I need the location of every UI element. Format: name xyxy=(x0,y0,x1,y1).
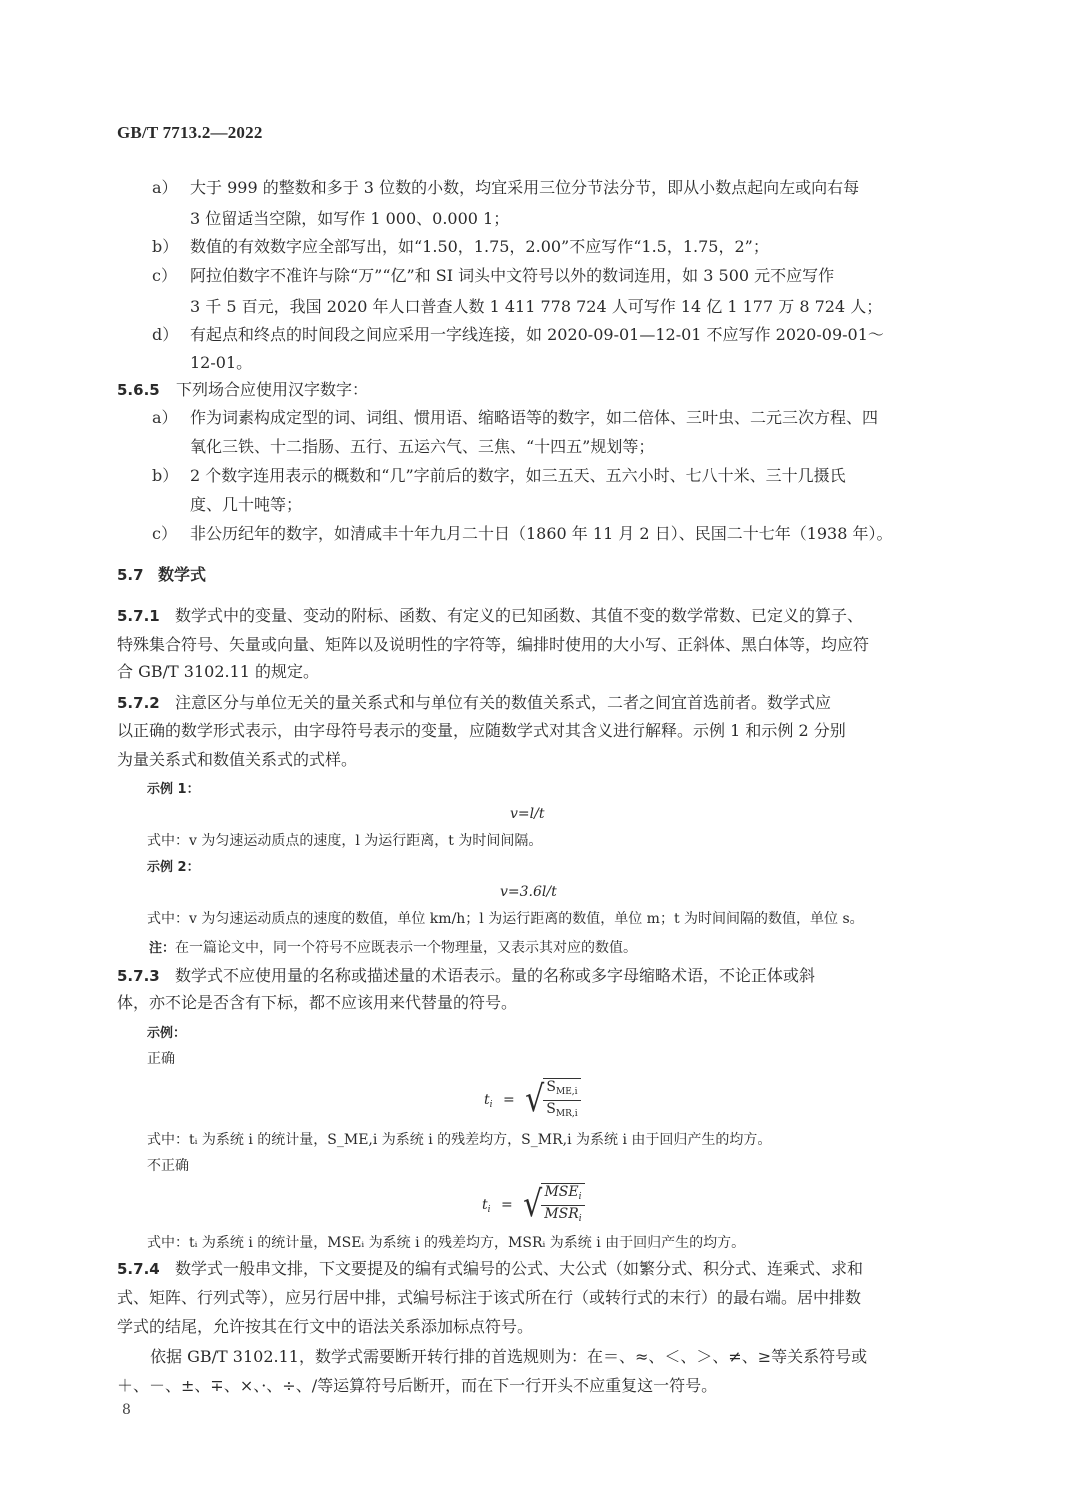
section-number: 5.7.3 xyxy=(117,966,160,986)
list-label: b） xyxy=(152,466,178,486)
document-code-header: GB/T 7713.2—2022 xyxy=(117,123,263,143)
section-number: 5.7.1 xyxy=(117,606,160,626)
example-label: 示例： xyxy=(147,1024,186,1044)
section-title: 下列场合应使用汉字数字： xyxy=(176,380,368,400)
denominator: S xyxy=(546,1101,556,1117)
formula-example-2: v=3.6l/t xyxy=(500,884,557,900)
note-label: 注： xyxy=(149,941,175,956)
list-item-text: 阿拉伯数字不准许与除“万”“亿”和 SI 词头中文符号以外的数词连用，如 3 5… xyxy=(190,266,834,286)
list-item-text: 作为词素构成定型的词、词组、惯用语、缩略语等的数字，如二倍体、三叶虫、二元三次方… xyxy=(190,408,878,428)
formula-correct: ti = √ SME,i SMR,i xyxy=(484,1078,581,1122)
section-number: 5.7.2 xyxy=(117,693,160,713)
paragraph-line: 数学式一般串文排，下文要提及的编有式编号的公式、大公式（如繁分式、积分式、连乘式… xyxy=(175,1259,863,1279)
paragraph-line: 合 GB/T 3102.11 的规定。 xyxy=(117,662,319,682)
paragraph-line: 学式的结尾，允许按其在行文中的语法关系添加标点符号。 xyxy=(117,1317,533,1337)
list-label: c） xyxy=(152,524,177,544)
list-item-text: 2 个数字连用表示的概数和“几”字前后的数字，如三五天、五六小时、七八十米、三十… xyxy=(190,466,846,486)
list-item-text: 非公历纪年的数字，如清咸丰十年九月二十日（1860 年 11 月 2 日）、民国… xyxy=(190,524,893,544)
paragraph-line: 特殊集合符号、矢量或向量、矩阵以及说明性的字符等，编排时使用的大小写、正斜体、黑… xyxy=(117,635,869,655)
paragraph-line: 数学式不应使用量的名称或描述量的术语表示。量的名称或多字母缩略术语，不论正体或斜 xyxy=(175,966,815,986)
formula-example-1: v=l/t xyxy=(510,806,544,822)
formula-explanation: 式中：v 为匀速运动质点的速度的数值，单位 km/h；l 为运行距离的数值，单位… xyxy=(147,909,864,929)
formula-explanation: 式中：v 为匀速运动质点的速度，l 为运行距离，t 为时间间隔。 xyxy=(147,831,542,851)
example-label: 示例 1： xyxy=(147,780,200,800)
section-number: 5.7.4 xyxy=(117,1259,160,1279)
page-number: 8 xyxy=(122,1402,131,1418)
numerator: MSE xyxy=(544,1184,578,1200)
denominator-subscript: i xyxy=(579,1214,582,1224)
formula-subscript: i xyxy=(490,1100,493,1110)
paragraph-line: 注意区分与单位无关的量关系式和与单位有关的数值关系式，二者之间宜首选前者。数学式… xyxy=(175,693,831,713)
list-label: b） xyxy=(152,237,178,257)
list-item-text: 3 千 5 百元，我国 2020 年人口普查人数 1 411 778 724 人… xyxy=(190,297,882,317)
note-text: 在一篇论文中，同一个符号不应既表示一个物理量，又表示其对应的数值。 xyxy=(175,940,637,956)
list-item-text: 3 位留适当空隙，如写作 1 000、0.000 1； xyxy=(190,209,509,229)
paragraph-line: 式、矩阵、行列式等），应另行居中排，式编号标注于该式所在行（或转行式的末行）的最… xyxy=(117,1288,861,1308)
example-label: 示例 2： xyxy=(147,858,200,878)
numerator-subscript: i xyxy=(579,1192,582,1202)
list-item-text: 大于 999 的整数和多于 3 位数的小数，均宜采用三位分节法分节，即从小数点起… xyxy=(190,178,859,198)
formula-explanation: 式中：tᵢ 为系统 i 的统计量，S_ME,i 为系统 i 的残差均方，S_MR… xyxy=(147,1130,771,1150)
numerator-subscript: ME,i xyxy=(556,1087,578,1097)
section-number: 5.7 xyxy=(117,565,144,585)
section-number: 5.6.5 xyxy=(117,380,160,400)
numerator: S xyxy=(546,1079,556,1095)
list-label: c） xyxy=(152,266,177,286)
formula-incorrect: ti = √ MSEi MSRi xyxy=(482,1183,585,1227)
list-label: a） xyxy=(152,178,178,198)
square-root-icon: √ MSEi MSRi xyxy=(523,1183,584,1227)
list-item-text: 12-01。 xyxy=(190,353,252,373)
list-item-text: 氧化三铁、十二指肠、五行、五运六气、三焦、“十四五”规划等； xyxy=(190,437,654,457)
correct-label: 正确 xyxy=(147,1049,175,1069)
denominator-subscript: MR,i xyxy=(556,1109,578,1119)
formula-subscript: i xyxy=(488,1205,491,1215)
list-label: a） xyxy=(152,408,178,428)
section-title: 数学式 xyxy=(158,565,206,585)
list-item-text: 有起点和终点的时间段之间应采用一字线连接，如 2020-09-01—12-01 … xyxy=(190,325,884,345)
list-item-text: 数值的有效数字应全部写出，如“1.50，1.75，2.00”不应写作“1.5，1… xyxy=(190,237,769,257)
note: 注：在一篇论文中，同一个符号不应既表示一个物理量，又表示其对应的数值。 xyxy=(149,938,637,959)
formula-explanation: 式中：tᵢ 为系统 i 的统计量，MSEᵢ 为系统 i 的残差均方，MSRᵢ 为… xyxy=(147,1233,745,1253)
paragraph-line: 为量关系式和数值关系式的式样。 xyxy=(117,750,357,770)
incorrect-label: 不正确 xyxy=(147,1156,189,1176)
paragraph-line: 依据 GB/T 3102.11，数学式需要断开转行排的首选规则为：在＝、≈、＜、… xyxy=(150,1347,867,1367)
list-item-text: 度、几十吨等； xyxy=(190,495,302,515)
paragraph-line: ＋、－、±、∓、×、·、÷、/等运算符号后断开，而在下一行开头不应重复这一符号。 xyxy=(117,1376,717,1396)
paragraph-line: 以正确的数学形式表示，由字母符号表示的变量，应随数学式对其含义进行解释。示例 1… xyxy=(117,721,846,741)
denominator: MSR xyxy=(544,1206,578,1222)
list-label: d） xyxy=(152,325,178,345)
square-root-icon: √ SME,i SMR,i xyxy=(525,1078,580,1122)
paragraph-line: 体，亦不论是否含有下标，都不应该用来代替量的符号。 xyxy=(117,993,517,1013)
paragraph-line: 数学式中的变量、变动的附标、函数、有定义的已知函数、其值不变的数学常数、已定义的… xyxy=(175,606,863,626)
